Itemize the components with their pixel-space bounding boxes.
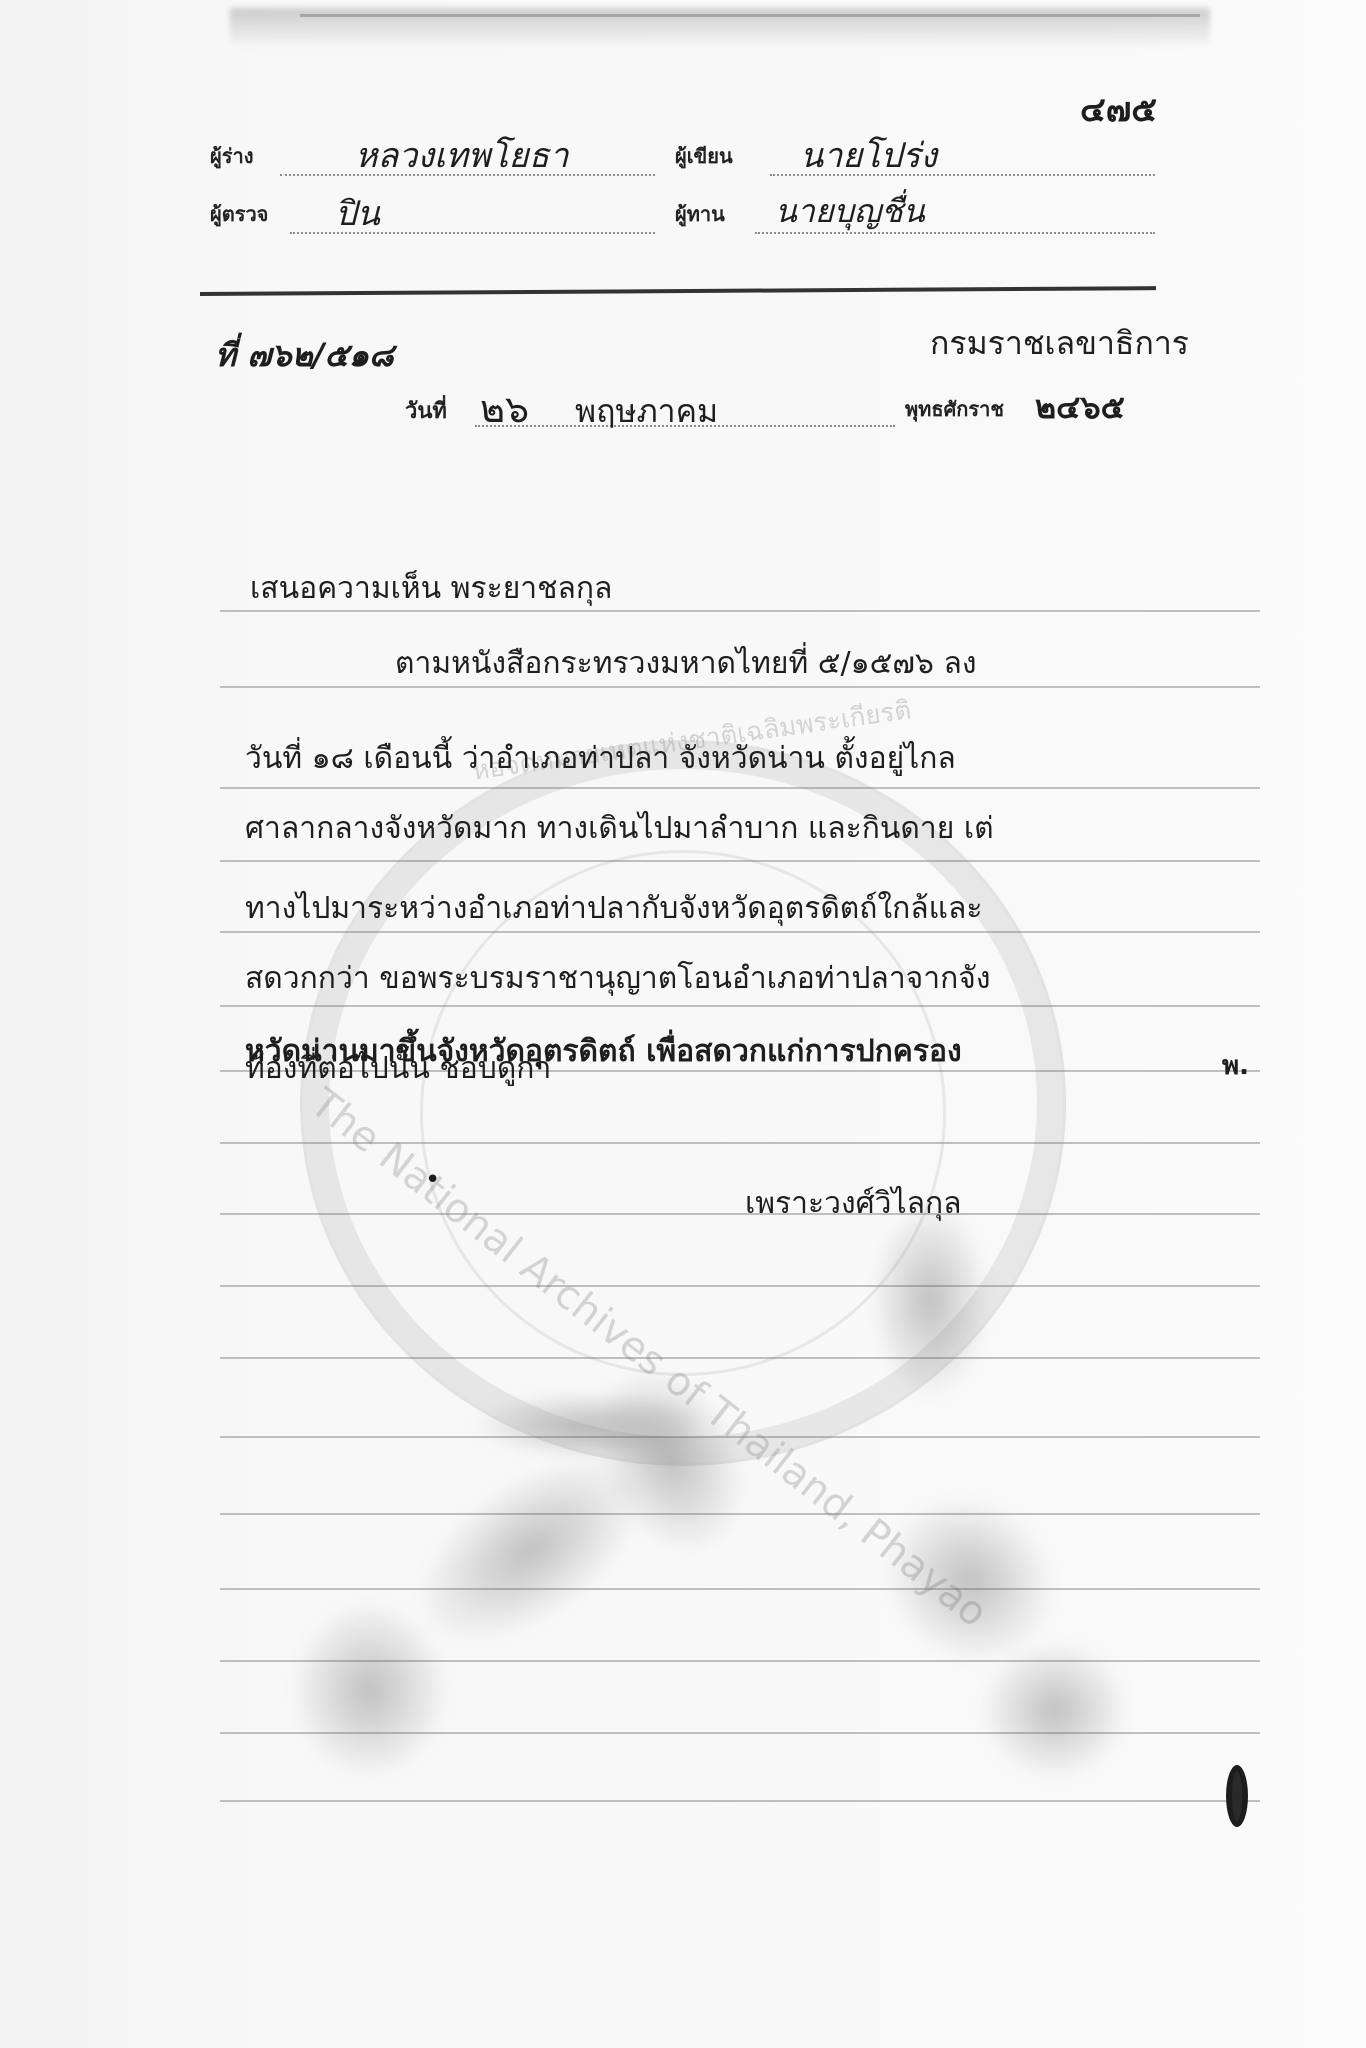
signature-dot: • (425, 1165, 440, 1195)
year-label: พุทธศักราช (905, 393, 1004, 425)
year-value: ๒๔๖๕ (1035, 382, 1125, 433)
header-separator-line (200, 286, 1156, 296)
writer-label: ผู้เขียน (675, 140, 733, 172)
salutation: เสนอความเห็น พระยาชลกุล (250, 565, 612, 612)
ink-smudge (980, 1640, 1130, 1780)
ink-smudge (290, 1600, 450, 1780)
ruled-line (220, 1142, 1260, 1144)
margin-mark: พ. (1222, 1045, 1249, 1086)
ruled-line (220, 1800, 1260, 1802)
reviewer-label: ผู้ทาน (675, 198, 725, 230)
ruled-line (220, 1357, 1260, 1359)
date-label: วันที่ (405, 393, 447, 428)
scanned-document-page: The National Archives of Thailand, Phaya… (0, 0, 1366, 2048)
date-month: พฤษภาคม (575, 386, 718, 437)
date-day: ๒๖ (480, 378, 529, 439)
drafter-value: หลวงเทพโยธา (355, 128, 568, 182)
checker-value: ปิน (335, 186, 380, 240)
ruled-line (220, 1005, 1260, 1007)
body-line-5: สดวกกว่า ขอพระบรมราชานุญาตโอนอำเภอท่าปลา… (245, 955, 990, 1002)
body-line-3: ศาลากลางจังหวัดมาก ทางเดินไปมาลำบาก และก… (245, 805, 994, 852)
body-line-1: ตามหนังสือกระทรวงมหาดไทยที่ ๕/๑๕๗๖ ลง (395, 640, 977, 687)
drafter-label: ผู้ร่าง (210, 140, 253, 172)
checker-label: ผู้ตรวจ (210, 198, 268, 230)
page-mark-top: ๔๗๕ (1080, 82, 1157, 136)
ruled-line (220, 1436, 1260, 1438)
body-line-7: ท้องที่ต่อไปนั้น ชอบดูกา (245, 1045, 551, 1092)
page-number-mark (1226, 1765, 1248, 1827)
ruled-line (220, 1285, 1260, 1287)
page-top-edge (300, 14, 1200, 17)
department-name: กรมราชเลขาธิการ (930, 318, 1189, 369)
ruled-line (220, 787, 1260, 789)
ruled-line (220, 860, 1260, 862)
reviewer-value: นายบุญชื่น (775, 186, 925, 237)
body-line-4: ทางไปมาระหว่างอำเภอท่าปลากับจังหวัดอุตรด… (245, 885, 982, 932)
body-line-2: วันที่ ๑๘ เดือนนี้ ว่าอำเภอท่าปลา จังหวั… (245, 735, 956, 782)
ruled-line (220, 1588, 1260, 1590)
ruled-line (220, 1213, 1260, 1215)
reference-number: ที่ ๗๖๒/๕๑๘ (215, 330, 394, 381)
writer-value: นายโปร่ง (800, 128, 937, 182)
ink-smudge (870, 1200, 990, 1400)
